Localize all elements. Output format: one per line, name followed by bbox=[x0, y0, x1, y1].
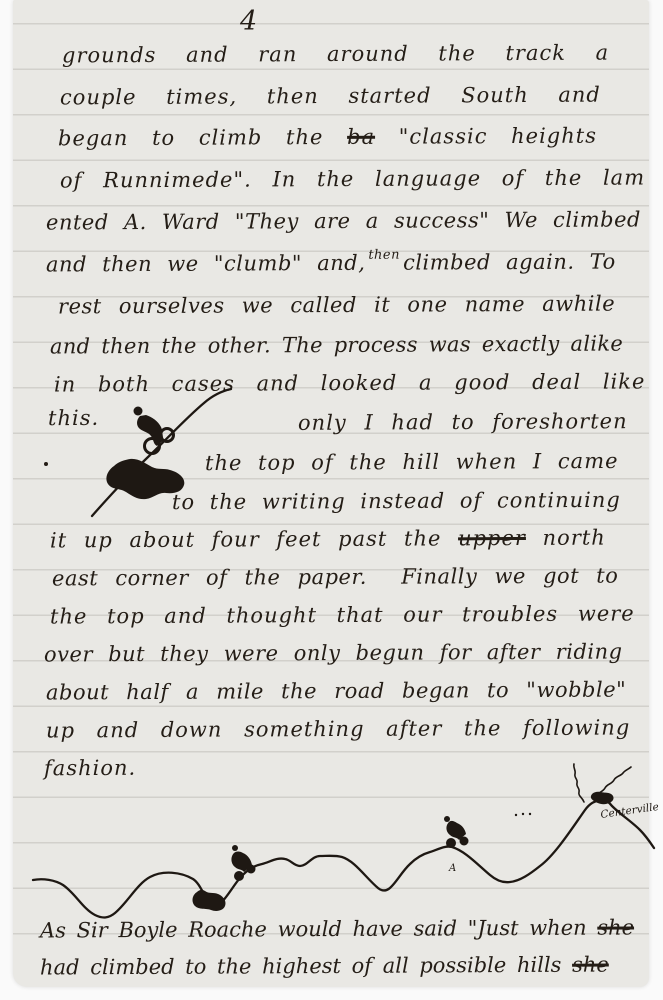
handwritten-line: ented A. Ward "They are a success" We cl… bbox=[46, 207, 641, 234]
handwritten-line: the top and thought that our troubles we… bbox=[50, 601, 635, 628]
handwritten-line: of Runnimede". In the language of the la… bbox=[60, 165, 645, 192]
line-text: north bbox=[526, 526, 606, 550]
handwritten-line: east corner of the paper. Finally we got… bbox=[52, 564, 618, 591]
handwritten-line: rest ourselves we called it one name awh… bbox=[58, 292, 615, 319]
line-text: and then we "clumb" and, bbox=[46, 251, 365, 277]
fallen-rider-blob bbox=[193, 890, 226, 911]
dotted-marks bbox=[515, 813, 531, 816]
hill-slope-line bbox=[92, 389, 231, 516]
handwritten-line: only I had to foreshorten bbox=[298, 409, 628, 435]
handwritten-line: and then we "clumb" and,thenclimbed agai… bbox=[46, 250, 616, 277]
road-line bbox=[33, 800, 654, 918]
line-text: climbed again. To bbox=[403, 250, 616, 275]
inserted-word: then bbox=[368, 248, 400, 263]
struck-word: ba bbox=[347, 125, 375, 149]
rider-head bbox=[444, 816, 450, 822]
bush-scribble-icon bbox=[574, 764, 631, 804]
rear-wheel-icon bbox=[234, 871, 244, 881]
struck-word: upper bbox=[458, 526, 526, 550]
ink-blot bbox=[106, 459, 184, 499]
handwritten-line: about half a mile the road began to "wob… bbox=[46, 677, 626, 704]
handwritten-line: up and down something after the followin… bbox=[46, 715, 630, 742]
handwritten-line: the top of the hill when I came bbox=[205, 449, 619, 475]
page-number: 4 bbox=[240, 6, 257, 37]
line-text: had climbed to the highest of all possib… bbox=[40, 953, 572, 980]
handwritten-line: had climbed to the highest of all possib… bbox=[40, 953, 609, 980]
handwritten-line: began to climb the ba "classic heights bbox=[58, 124, 597, 151]
rider-head bbox=[232, 845, 238, 851]
hilltop-rider bbox=[444, 816, 469, 848]
hill-climb-sketch bbox=[68, 380, 238, 520]
handwritten-line: couple times, then started South and bbox=[60, 83, 601, 110]
struck-word: she bbox=[572, 953, 609, 977]
handwritten-line: over but they were only begun for after … bbox=[44, 639, 623, 666]
line-text: began to climb the bbox=[58, 125, 347, 151]
dip-climbing-rider bbox=[231, 845, 255, 881]
climbing-cyclist-figure bbox=[134, 407, 174, 454]
handwritten-line: grounds and ran around the track a bbox=[62, 41, 609, 68]
rear-wheel-icon bbox=[446, 838, 456, 848]
line-text: it up about four feet past the bbox=[50, 526, 458, 552]
handwritten-line: to the writing instead of continuing bbox=[172, 488, 621, 514]
rider-head bbox=[134, 407, 143, 416]
rider-body bbox=[137, 415, 164, 446]
handwritten-line: it up about four feet past the upper nor… bbox=[50, 526, 606, 553]
stray-ink-dot bbox=[44, 462, 48, 466]
scanned-handwritten-page: { "page": { "number": "4" }, "lines": { … bbox=[0, 0, 663, 1000]
handwritten-line: and then the other. The process was exac… bbox=[50, 331, 623, 358]
line-text: "classic heights bbox=[375, 124, 597, 149]
hill-marker-a: A bbox=[448, 863, 456, 874]
wavy-road-sketch: A Centerville bbox=[25, 752, 660, 947]
